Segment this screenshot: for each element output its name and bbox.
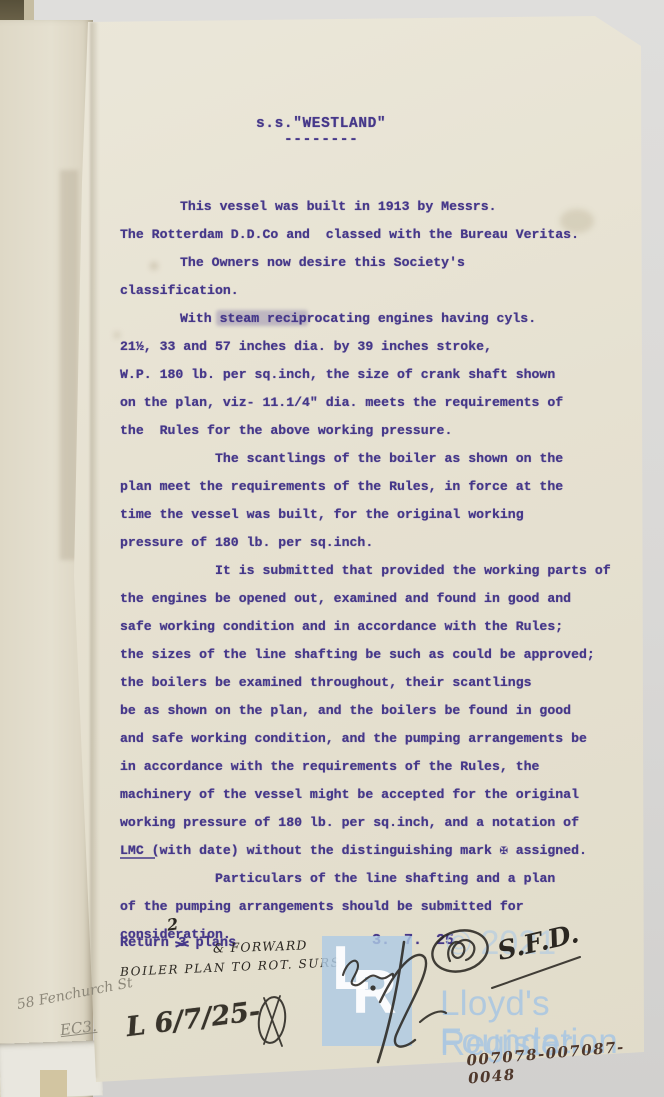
scanned-document-photo: s.s."WESTLAND" -------- This vessel was … [0,0,664,1097]
underlying-page-fold [60,170,78,560]
typed-line: This vessel was built in 1913 by Messrs. [120,196,620,224]
typed-line: pressure of 180 lb. per sq.inch. [120,532,620,560]
typed-line: Particulars of the line shafting and a p… [120,868,620,896]
typed-line: be as shown on the plan, and the boilers… [120,700,620,728]
typed-line: plan meet the requirements of the Rules,… [120,476,620,504]
typed-line: safe working condition and in accordance… [120,616,620,644]
handwritten-boiler-note: BOILER PLAN TO ROT. SURS. [120,955,346,979]
typed-line: the engines be opened out, examined and … [120,588,620,616]
struck-number: 3 [177,936,187,951]
typed-line: of the pumping arrangements should be su… [120,896,620,924]
typed-line: working pressure of 180 lb. per sq.inch,… [120,812,620,840]
lloyds-register-logo: L R [322,936,412,1046]
typed-line: the boilers be examined throughout, thei… [120,672,620,700]
typed-line: It is submitted that provided the workin… [120,560,620,588]
typed-line: on the plan, viz- 11.1/4" dia. meets the… [120,392,620,420]
handwritten-forward-note: & FORWARD [213,937,308,955]
typed-line: machinery of the vessel might be accepte… [120,784,620,812]
typed-line: The Rotterdam D.D.Co and classed with th… [120,224,620,252]
typed-line: W.P. 180 lb. per sq.inch, the size of cr… [120,364,620,392]
typed-line: in accordance with the requirements of t… [120,756,620,784]
typed-line: the sizes of the line shafting be such a… [120,644,620,672]
document-title: s.s."WESTLAND" [256,116,386,132]
title-underline: -------- [284,132,358,148]
typed-line: 21½, 33 and 57 inches dia. by 39 inches … [120,336,620,364]
return-prefix: Return [120,936,177,951]
typed-line: With steam reciprocating engines having … [120,308,620,336]
logo-letter-r: R [352,962,397,1024]
page-crease [90,22,99,1078]
overtype-smudge [216,310,308,326]
typed-line: LMC (with date) without the distinguishi… [120,840,620,868]
document-page: s.s."WESTLAND" -------- This vessel was … [30,14,644,1082]
typed-line: the Rules for the above working pressure… [120,420,620,448]
typed-line: and safe working condition, and the pump… [120,728,620,756]
typed-body-text: This vessel was built in 1913 by Messrs.… [120,196,620,952]
typed-line: classification. [120,280,620,308]
typed-line: The Owners now desire this Society's [120,252,620,280]
underlying-page-tan-corner [40,1070,67,1097]
lmc-underline [120,857,155,859]
typed-line: time the vessel was built, for the origi… [120,504,620,532]
typed-line: The scantlings of the boiler as shown on… [120,448,620,476]
